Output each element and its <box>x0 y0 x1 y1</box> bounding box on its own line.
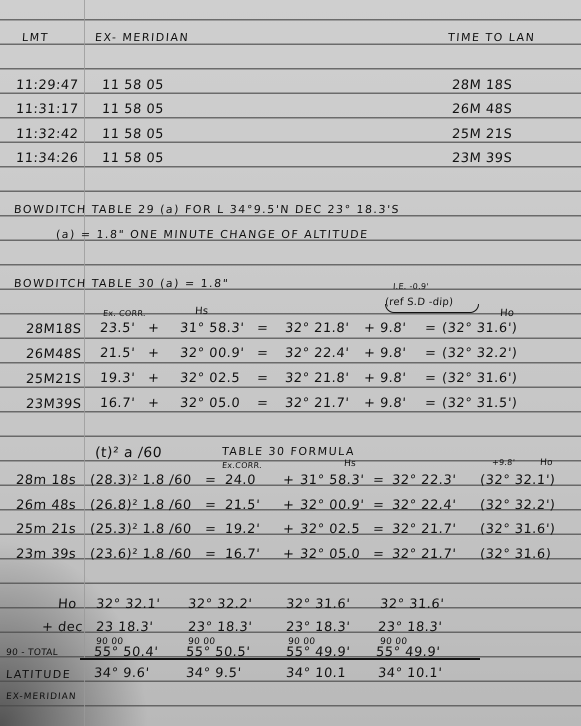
lat-latitude: 34° 9.5' <box>185 666 241 681</box>
formula-expression: (t)² a /60 <box>94 445 162 461</box>
table30-title: BOWDITCH TABLE 30 (a) = 1.8" <box>14 277 230 290</box>
t30-ho: (32° 32.2') <box>441 346 517 361</box>
margin-line <box>84 0 85 726</box>
lat-latitude: 34° 9.6' <box>93 666 149 681</box>
label-90-total: 90 - TOTAL <box>6 648 59 658</box>
obs-time-to-lan: 23M 39S <box>451 151 512 166</box>
formula-calc: (28.3)² 1.8 /60 <box>89 473 192 488</box>
obs-ex-meridian: 11 58 05 <box>101 151 164 166</box>
formula-time: 23m 39s <box>15 547 76 562</box>
formula-sum: 32° 21.7' <box>391 547 456 562</box>
t30-plus: + <box>363 396 375 411</box>
t30-hs: 32° 00.9' <box>179 346 244 361</box>
lat-latitude: 34° 10.1' <box>377 666 442 681</box>
t30-plus: + <box>363 371 375 386</box>
t30-time: 25M21S <box>25 372 82 387</box>
t30-hs: 32° 05.0 <box>179 396 240 411</box>
formula-eq: = <box>204 498 216 513</box>
formula-time: 28m 18s <box>15 473 76 488</box>
t30-eq: = <box>424 321 436 336</box>
obs-lmt: 11:34:26 <box>15 151 78 166</box>
t30-eq: = <box>424 371 436 386</box>
t30-plus: + <box>363 321 375 336</box>
t30-corr: 9.8' <box>379 321 406 336</box>
t30-corr: 9.8' <box>379 346 406 361</box>
lat-dec: 23° 18.3' <box>187 620 252 635</box>
lat-ho: 32° 31.6' <box>285 597 350 612</box>
t30-eq: = <box>256 396 268 411</box>
t30-ho: (32° 31.5') <box>441 396 517 411</box>
obs-ex-meridian: 11 58 05 <box>101 127 164 142</box>
t30-eq: = <box>256 371 268 386</box>
formula-ho: (32° 31.6') <box>479 522 555 537</box>
formula-eq: = <box>372 522 384 537</box>
t30-eq: = <box>256 346 268 361</box>
table29-line1: BOWDITCH TABLE 29 (a) FOR L 34°9.5'N DEC… <box>14 203 401 216</box>
t30-hs: 32° 02.5 <box>179 371 240 386</box>
t30-time: 23M39S <box>25 397 82 412</box>
obs-time-to-lan: 28M 18S <box>451 78 512 93</box>
formula-hs-label: Hs <box>344 459 357 469</box>
t30-sum: 32° 22.4' <box>284 346 349 361</box>
t30-plus: + <box>147 346 159 361</box>
label-dec: + dec <box>41 620 83 635</box>
index-error-note: I.E. -0.9' <box>393 282 429 291</box>
lat-total: 55° 50.5' <box>185 645 250 660</box>
formula-sum: 32° 21.7' <box>391 522 456 537</box>
t30-plus: + <box>147 321 159 336</box>
formula-eq: = <box>372 473 384 488</box>
t30-eq: = <box>424 396 436 411</box>
lat-total: 55° 49.9' <box>375 645 440 660</box>
obs-ex-meridian: 11 58 05 <box>101 78 164 93</box>
formula-calc: (26.8)² 1.8 /60 <box>89 498 192 513</box>
correction-brace <box>385 304 479 313</box>
obs-lmt: 11:32:42 <box>15 127 78 142</box>
formula-calc: (25.3)² 1.8 /60 <box>89 522 192 537</box>
formula-ex-corr: 21.5' <box>224 498 260 513</box>
t30-sum: 32° 21.7' <box>284 396 349 411</box>
t30-time: 28M18S <box>25 322 82 337</box>
formula-ho: (32° 32.2') <box>479 498 555 513</box>
t30-plus: + <box>147 371 159 386</box>
lat-total: 55° 49.9' <box>285 645 350 660</box>
formula-sum: 32° 22.4' <box>391 498 456 513</box>
t30-eq: = <box>424 346 436 361</box>
header-lmt: LMT <box>22 31 50 44</box>
obs-lmt: 11:31:17 <box>15 102 78 117</box>
t30-corr: 9.8' <box>379 396 406 411</box>
table30-ex-corr-label: Ex. CORR. <box>103 309 146 318</box>
lat-latitude: 34° 10.1 <box>285 666 346 681</box>
formula-ho-label: Ho <box>540 458 554 468</box>
formula-eq: = <box>204 522 216 537</box>
label-latitude: LATITUDE <box>6 668 72 681</box>
formula-ho: (32° 32.1') <box>479 473 555 488</box>
lat-total: 55° 50.4' <box>93 645 158 660</box>
obs-time-to-lan: 25M 21S <box>451 127 512 142</box>
formula-plus: + <box>282 498 294 513</box>
obs-time-to-lan: 26M 48S <box>451 102 512 117</box>
formula-hs: 32° 00.9' <box>299 498 364 513</box>
table30-ho-label: Ho <box>500 308 515 319</box>
obs-ex-meridian: 11 58 05 <box>101 102 164 117</box>
formula-ex-corr: 16.7' <box>224 547 260 562</box>
t30-corr: 9.8' <box>379 371 406 386</box>
formula-plus: + <box>282 473 294 488</box>
lat-ho: 32° 32.2' <box>187 597 252 612</box>
t30-sum: 32° 21.8' <box>284 371 349 386</box>
formula-plus-label: +9.8' <box>492 458 516 467</box>
formula-eq: = <box>372 498 384 513</box>
formula-hs: 32° 05.0 <box>299 547 360 562</box>
t30-hs: 31° 58.3' <box>179 321 244 336</box>
t30-ex-corr: 23.5' <box>99 321 135 336</box>
formula-eq: = <box>204 547 216 562</box>
header-time-to-lan: TIME TO LAN <box>448 31 536 44</box>
formula-calc: (23.6)² 1.8 /60 <box>89 547 192 562</box>
t30-eq: = <box>256 321 268 336</box>
label-ex-meridian: EX-MERIDIAN <box>6 692 77 702</box>
t30-time: 26M48S <box>25 347 82 362</box>
notebook-page: LMT EX- MERIDIAN TIME TO LAN 11:29:47 11… <box>0 0 581 726</box>
formula-sum: 32° 22.3' <box>391 473 456 488</box>
formula-time: 25m 21s <box>15 522 76 537</box>
formula-ex-corr: 19.2' <box>224 522 260 537</box>
formula-ex-corr-label: Ex.CORR. <box>222 461 263 470</box>
formula-hs: 31° 58.3' <box>299 473 364 488</box>
t30-ho: (32° 31.6') <box>441 321 517 336</box>
formula-ho: (32° 31.6) <box>479 547 551 562</box>
t30-plus: + <box>147 396 159 411</box>
obs-lmt: 11:29:47 <box>15 78 78 93</box>
t30-ex-corr: 19.3' <box>99 371 135 386</box>
t30-ex-corr: 16.7' <box>99 396 135 411</box>
lat-dec: 23° 18.3' <box>285 620 350 635</box>
table30-hs-label: Hs <box>195 306 209 317</box>
formula-title: TABLE 30 FORMULA <box>222 445 356 458</box>
t30-ex-corr: 21.5' <box>99 346 135 361</box>
table29-line2: (a) = 1.8" ONE MINUTE CHANGE OF ALTITUDE <box>56 228 369 241</box>
t30-sum: 32° 21.8' <box>284 321 349 336</box>
lat-dec: 23° 18.3' <box>377 620 442 635</box>
lat-ho: 32° 32.1' <box>95 597 160 612</box>
lat-dec: 23 18.3' <box>95 620 153 635</box>
label-ho: Ho <box>57 597 77 612</box>
formula-plus: + <box>282 522 294 537</box>
formula-plus: + <box>282 547 294 562</box>
lat-ho: 32° 31.6' <box>379 597 444 612</box>
formula-time: 26m 48s <box>15 498 76 513</box>
formula-ex-corr: 24.0 <box>224 473 256 488</box>
formula-hs: 32° 02.5 <box>299 522 360 537</box>
t30-ho: (32° 31.6') <box>441 371 517 386</box>
formula-eq: = <box>204 473 216 488</box>
t30-plus: + <box>363 346 375 361</box>
formula-eq: = <box>372 547 384 562</box>
header-ex-meridian: EX- MERIDIAN <box>95 31 190 44</box>
